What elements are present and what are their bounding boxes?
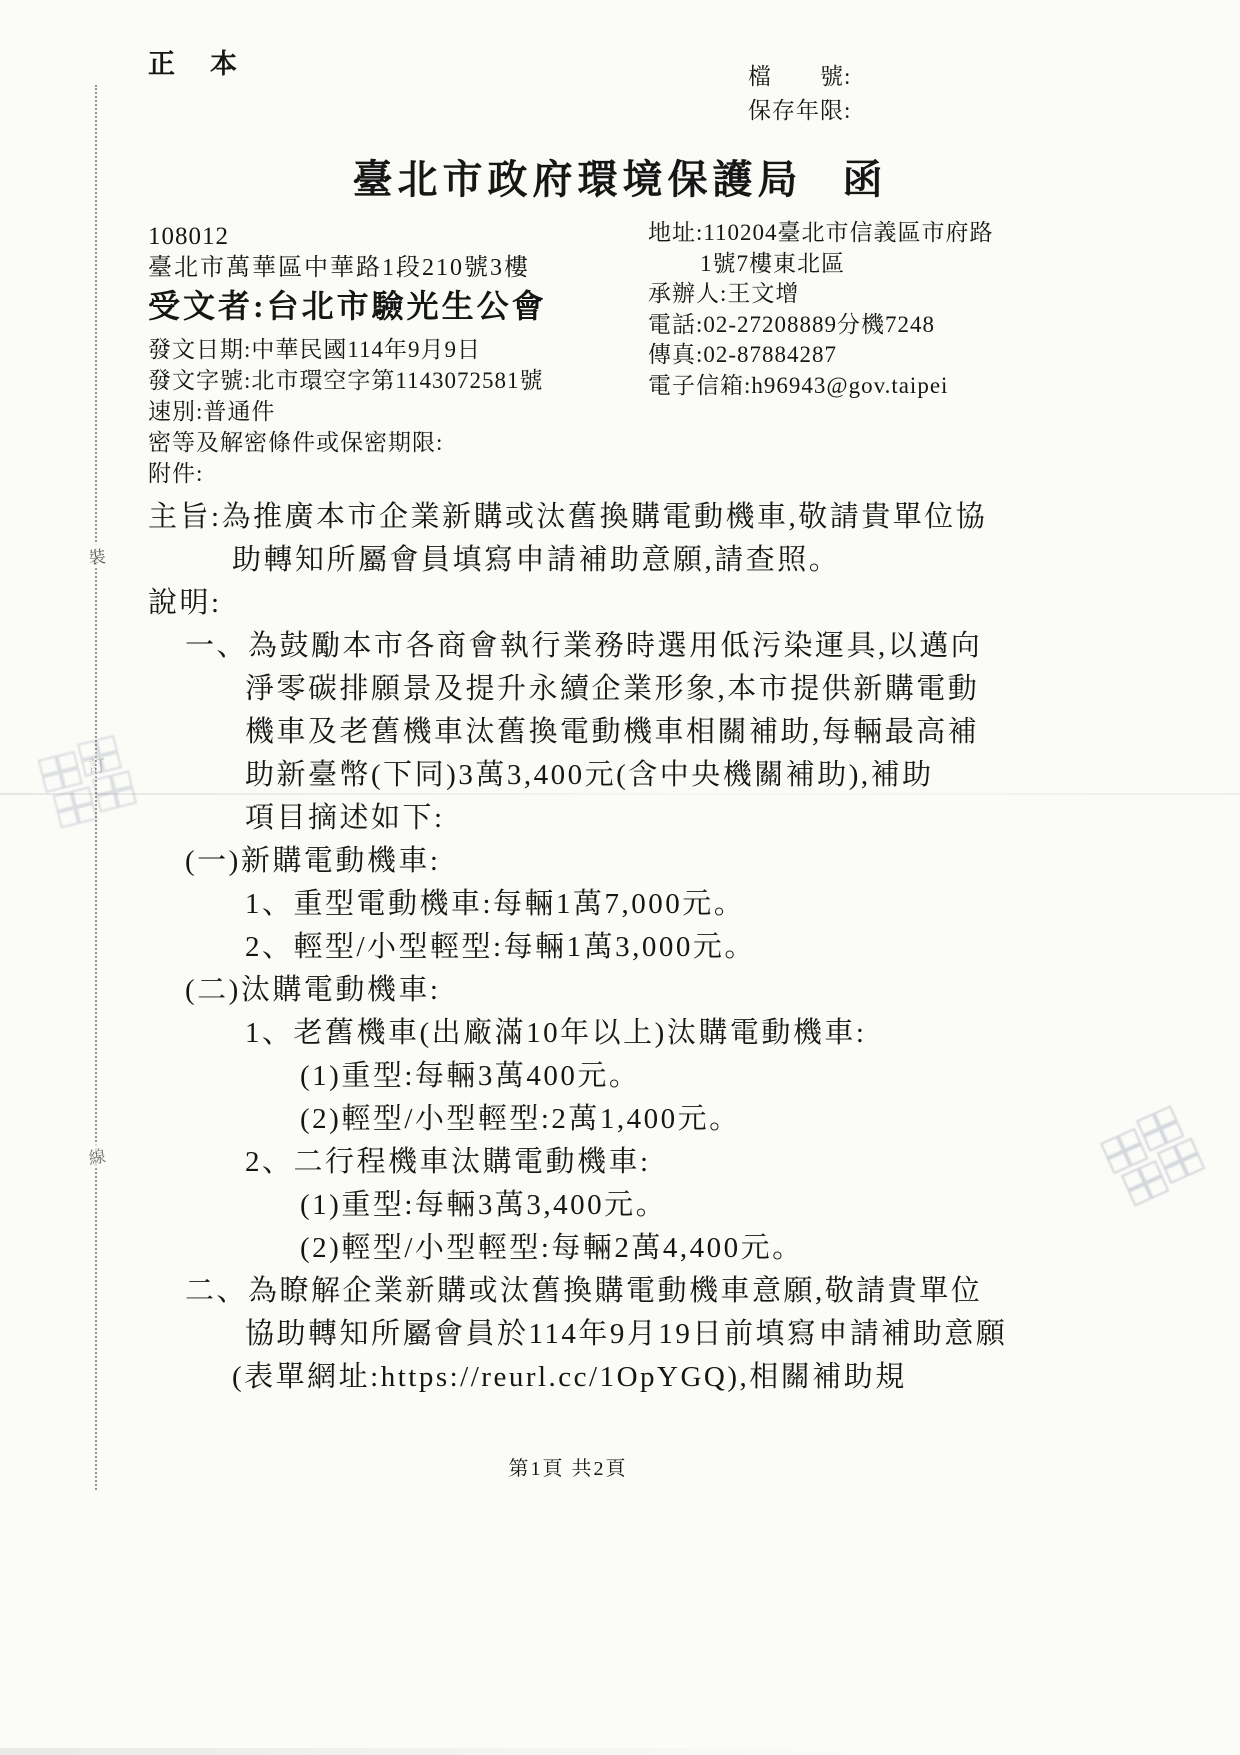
recipient-label: 受文者:: [148, 288, 267, 324]
contact-block: 地址:110204臺北市信義區市府路1號7樓東北區承辦人:王文增電話:02-27…: [648, 218, 994, 401]
binding-mark-xian: 線: [83, 1141, 110, 1169]
body-line: 2、輕型/小型輕型:每輛1萬3,000元。: [245, 927, 1128, 970]
recipient-name: 台北市驗光生公會: [267, 288, 547, 324]
recipient-code: 108012: [148, 222, 547, 252]
contact-line: 承辦人:王文增: [648, 279, 994, 310]
scanned-official-letter-page: 裝 訂 線 正 本 檔 號: 保存年限: 臺北市政府環境保護局函 108012 …: [0, 0, 1240, 1755]
body-line: 助轉知所屬會員填寫申請補助意願,請查照。: [232, 540, 1128, 583]
document-body: 主旨:為推廣本市企業新購或汰舊換購電動機車,敬請貴單位協助轉知所屬會員填寫申請補…: [148, 497, 1128, 1400]
body-line: 二、為瞭解企業新購或汰舊換購電動機車意願,敬請貴單位: [185, 1271, 1128, 1314]
meta-line: 發文字號:北市環空字第1143072581號: [148, 365, 544, 396]
contact-line: 地址:110204臺北市信義區市府路: [648, 218, 994, 249]
faint-seal-stamp-left: [38, 738, 145, 837]
body-line: (2)輕型/小型輕型:每輛2萬4,400元。: [300, 1228, 1128, 1271]
body-line: 主旨:為推廣本市企業新購或汰舊換購電動機車,敬請貴單位協: [148, 497, 1128, 540]
binding-mark-zhuang: 裝: [84, 542, 110, 569]
meta-line: 發文日期:中華民國114年9月9日: [148, 334, 544, 365]
scan-bottom-shadow: [0, 1748, 868, 1755]
meta-line: 速別:普通件: [148, 396, 544, 427]
recipient-address: 臺北市萬華區中華路1段210號3樓: [148, 252, 547, 285]
body-line: (2)輕型/小型輕型:2萬1,400元。: [300, 1099, 1128, 1142]
body-line: (表單網址:https://reurl.cc/1OpYGQ),相關補助規: [232, 1357, 1128, 1400]
recipient-line: 受文者:台北市驗光生公會: [148, 285, 547, 327]
scan-fold-line: [0, 793, 1240, 795]
body-line: 2、二行程機車汰購電動機車:: [245, 1142, 1128, 1185]
body-line: 一、為鼓勵本市各商會執行業務時選用低污染運具,以邁向: [185, 626, 1128, 669]
body-line: 助新臺幣(下同)3萬3,400元(含中央機關補助),補助: [245, 755, 1128, 798]
body-line: 1、老舊機車(出廠滿10年以上)汰購電動機車:: [245, 1013, 1128, 1056]
file-number-block: 檔 號: 保存年限:: [748, 60, 851, 128]
body-line: 項目摘述如下:: [245, 798, 1128, 841]
document-meta-block: 發文日期:中華民國114年9月9日發文字號:北市環空字第1143072581號速…: [148, 334, 544, 489]
body-line: (1)重型:每輛3萬400元。: [300, 1056, 1128, 1099]
meta-line: 密等及解密條件或保密期限:: [148, 427, 544, 458]
copy-type-label: 正 本: [148, 42, 241, 81]
body-line: (一)新購電動機車:: [185, 841, 1128, 884]
body-line: 1、重型電動機車:每輛1萬7,000元。: [245, 884, 1128, 927]
body-line: 協助轉知所屬會員於114年9月19日前填寫申請補助意願: [245, 1314, 1128, 1357]
contact-line: 1號7樓東北區: [700, 249, 994, 280]
page-number: 第1頁 共2頁: [0, 1452, 1188, 1481]
contact-line: 電話:02-27208889分機7248: [648, 310, 994, 341]
body-line: (二)汰購電動機車:: [185, 970, 1128, 1013]
contact-line: 電子信箱:h96943@gov.taipei: [648, 371, 994, 402]
retention-period-label: 保存年限:: [748, 94, 851, 128]
body-line: 淨零碳排願景及提升永續企業形象,本市提供新購電動: [245, 669, 1128, 712]
file-number-label: 檔 號:: [748, 60, 851, 94]
body-line: (1)重型:每輛3萬3,400元。: [300, 1185, 1128, 1228]
body-line: 說明:: [148, 583, 1128, 626]
agency-name: 臺北市政府環境保護局: [353, 157, 803, 202]
letter-type: 函: [843, 157, 888, 202]
contact-line: 傳真:02-87884287: [648, 340, 994, 371]
meta-line: 附件:: [148, 458, 544, 489]
document-title: 臺北市政府環境保護局函: [0, 148, 1240, 205]
recipient-block: 108012 臺北市萬華區中華路1段210號3樓 受文者:台北市驗光生公會: [148, 222, 547, 327]
body-line: 機車及老舊機車汰舊換電動機車相關補助,每輛最高補: [245, 712, 1128, 755]
